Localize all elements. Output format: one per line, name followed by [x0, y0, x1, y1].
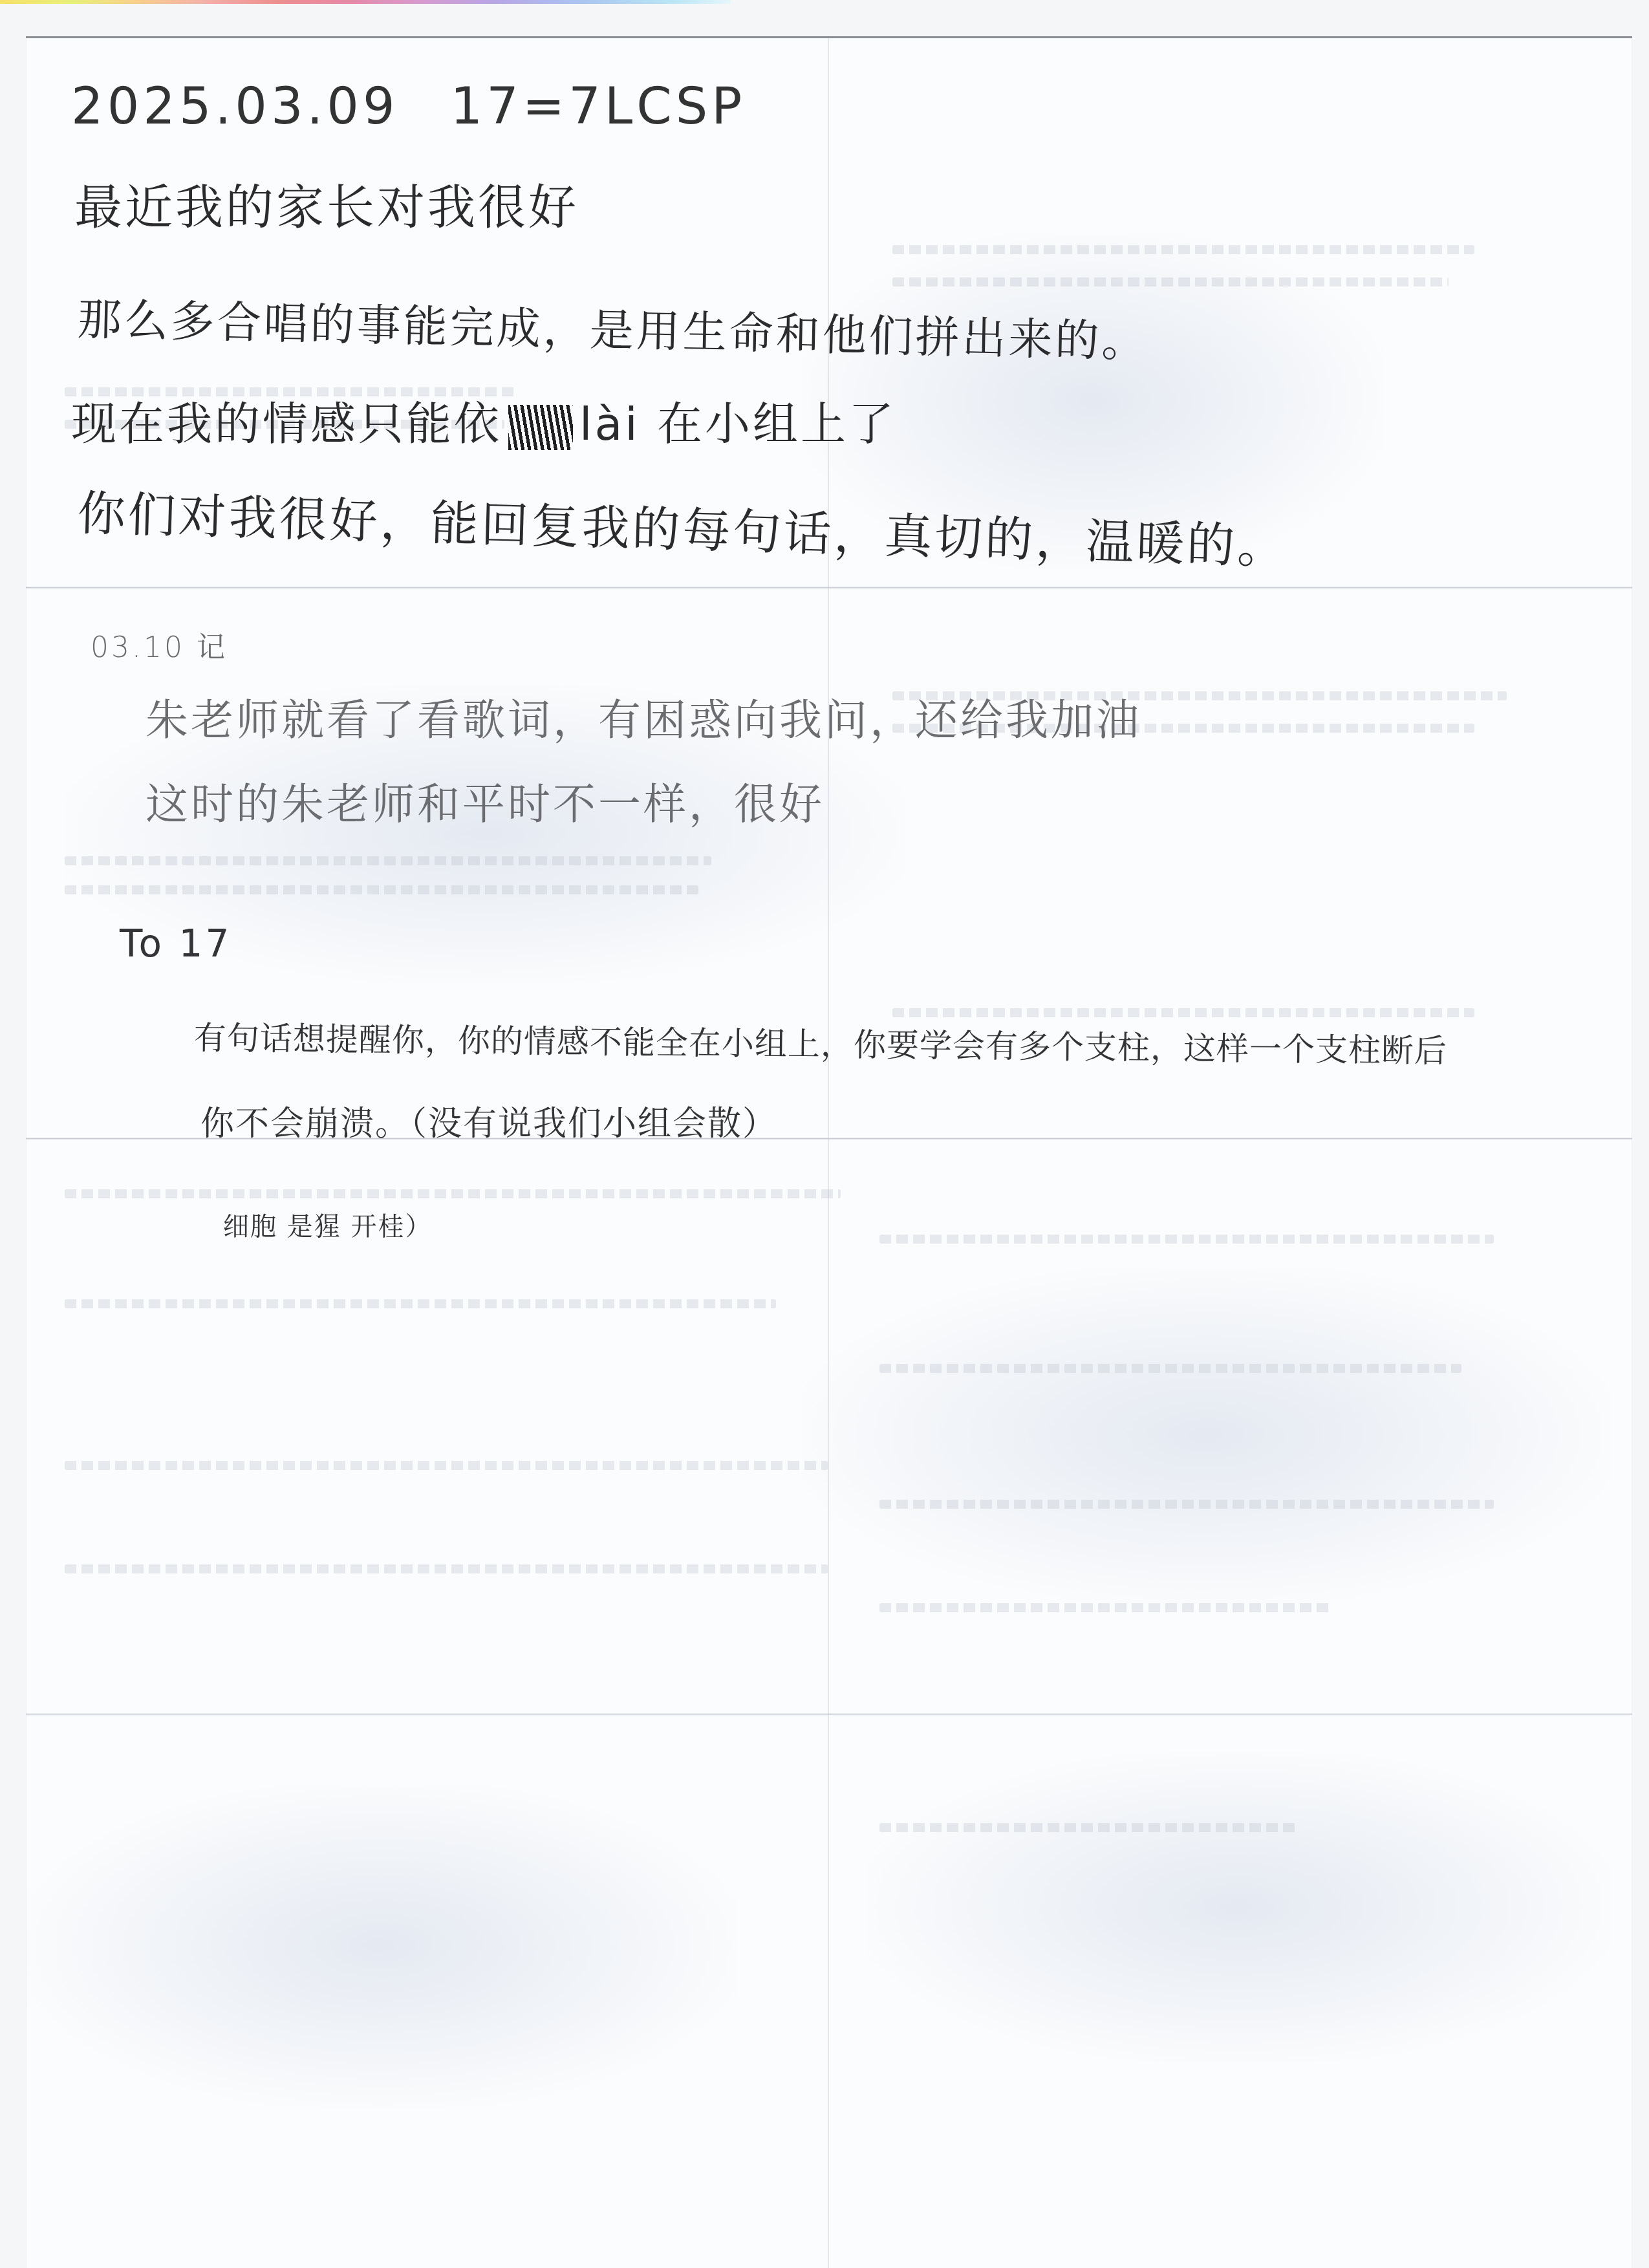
show-through-text	[65, 1564, 828, 1573]
reply-addressee: To 17	[120, 922, 232, 966]
show-through-text	[879, 1823, 1300, 1832]
fold-line	[26, 1713, 1632, 1716]
show-through-text	[892, 277, 1449, 286]
show-through-text	[879, 1235, 1494, 1244]
show-through-text	[65, 1461, 828, 1470]
show-through-text	[65, 885, 698, 894]
show-through-text	[879, 1603, 1332, 1612]
crossed-out-word	[508, 405, 573, 450]
entry-code: 17=7LCSP	[451, 78, 746, 136]
scanner-calibration-strip	[0, 0, 731, 4]
entry-date: 2025.03.09	[71, 78, 399, 136]
show-through-text	[879, 1364, 1461, 1373]
entry-2-heading: 03.10 记	[91, 624, 228, 665]
reply-signoff: 细胞 是猩 开桂）	[223, 1206, 432, 1243]
handwritten-text: 现在我的情感只能依	[71, 398, 502, 451]
show-through-text	[879, 1500, 1494, 1509]
handwritten-line: 最近我的家长对我很好	[74, 169, 579, 238]
show-through-text	[65, 1189, 841, 1198]
show-through-text	[892, 245, 1474, 254]
paper-crease-shadow	[867, 1752, 1610, 2062]
paper-crease-shadow	[802, 1267, 1610, 1603]
reply-line: 你不会崩溃。（没有说我们小组会散）	[200, 1096, 777, 1145]
handwritten-line-with-strikeout: 现在我的情感只能依lài 在小组上了	[71, 388, 896, 453]
show-through-text	[892, 1008, 1474, 1017]
handwritten-text: lài 在小组上了	[579, 398, 896, 451]
handwritten-line: 朱老师就看了看歌词，有困惑向我问，还给我加油	[145, 686, 1141, 747]
entry-date-header: 2025.03.0917=7LCSP	[71, 78, 746, 136]
fold-line-vertical	[828, 38, 829, 2268]
paper-sheet	[26, 36, 1632, 2268]
fold-line	[26, 587, 1632, 589]
show-through-text	[65, 1299, 776, 1308]
show-through-text	[65, 856, 711, 865]
handwritten-line: 这时的朱老师和平时不一样，很好	[145, 770, 824, 831]
paper-crease-shadow	[26, 1784, 737, 2108]
